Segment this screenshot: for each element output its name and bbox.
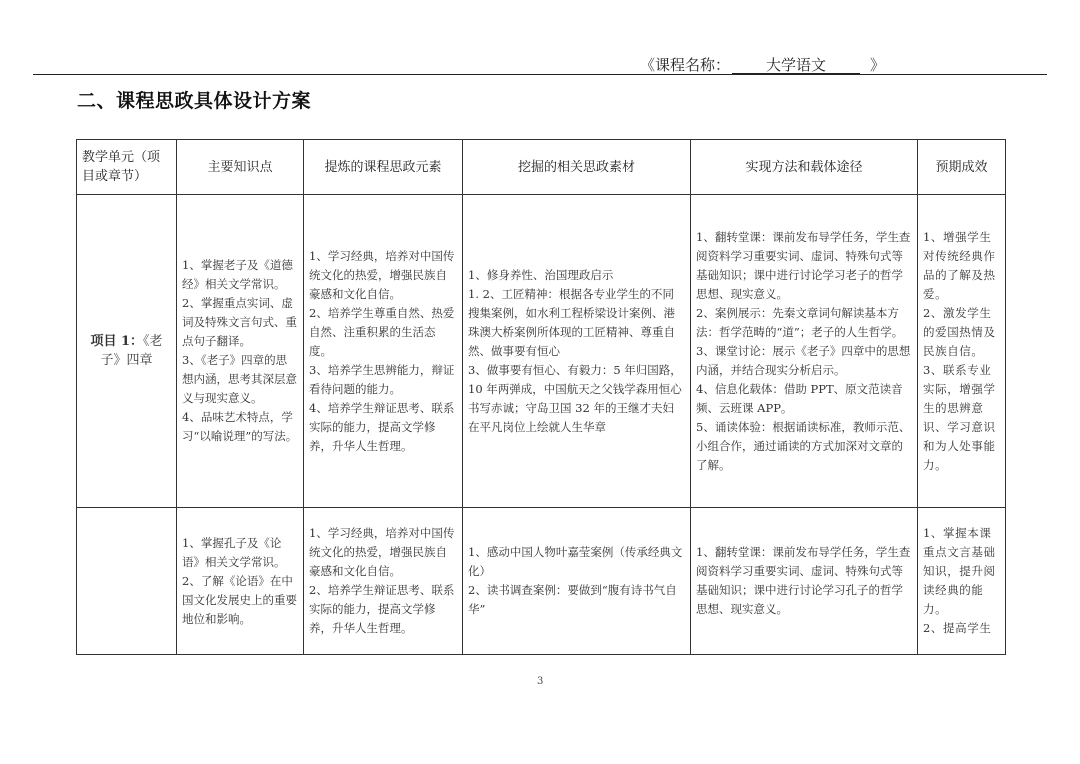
knowledge-item: 2、了解《论语》在中国文化发展史上的重要地位和影响。	[182, 572, 298, 629]
course-name-value: 大学语文	[732, 57, 860, 74]
unit-prefix: 项目 1：	[90, 334, 143, 349]
section-title: 二、课程思政具体设计方案	[77, 86, 311, 113]
method-item: 2、案例展示：先秦文章词句解读基本方法：哲学范畴的“道”；老子的人生哲学。	[696, 304, 912, 342]
course-name-label: 《课程名称：	[640, 56, 730, 74]
unit-cell: 项目 1：《老子》四章	[77, 195, 177, 508]
knowledge-item: 1、掌握孔子及《论语》相关文学常识。	[182, 534, 298, 572]
element-item: 4、培养学生辩证思考、联系实际的能力，提高文学修养，升华人生哲理。	[309, 399, 457, 456]
outcome-item: 1、掌握本课重点文言基础知识，提升阅读经典的能力。	[923, 524, 1000, 619]
method-item: 3、课堂讨论：展示《老子》四章中的思想内涵，并结合现实分析启示。	[696, 342, 912, 380]
outcomes-cell: 1、掌握本课重点文言基础知识，提升阅读经典的能力。 2、提高学生	[918, 508, 1006, 655]
header-expected-outcomes: 预期成效	[918, 140, 1006, 195]
header-divider	[33, 74, 1047, 75]
knowledge-cell: 1、掌握孔子及《论语》相关文学常识。 2、了解《论语》在中国文化发展史上的重要地…	[177, 508, 304, 655]
knowledge-item: 1、掌握老子及《道德经》相关文学常识。	[182, 256, 298, 294]
element-item: 3、培养学生思辨能力，辩证看待问题的能力。	[309, 361, 457, 399]
outcome-item: 3、联系专业实际，增强学生的思辨意识、学习意识和为人处事能力。	[923, 361, 1000, 475]
material-item: 1、感动中国人物叶嘉莹案例（传承经典文化）	[468, 543, 685, 581]
knowledge-item: 3、《老子》四章的思想内涵，思考其深层意义与现实意义。	[182, 351, 298, 408]
material-item: 1. 2、工匠精神：根据各专业学生的不同搜集案例，如水利工程桥梁设计案例、港珠澳…	[468, 285, 685, 361]
unit-cell	[77, 508, 177, 655]
header-methods: 实现方法和载体途径	[691, 140, 918, 195]
header-ideological-elements: 提炼的课程思政元素	[304, 140, 463, 195]
material-item: 2、读书调查案例：要做到“腹有诗书气自华”	[468, 581, 685, 619]
outcome-item: 1、增强学生对传统经典作品的了解及热爱。	[923, 228, 1000, 304]
element-item: 1、学习经典，培养对中国传统文化的热爱，增强民族自豪感和文化自信。	[309, 247, 457, 304]
methods-cell: 1、翻转堂课：课前发布导学任务，学生查阅资料学习重要实词、虚词、特殊句式等基础知…	[691, 508, 918, 655]
course-name-header: 《课程名称：大学语文》	[640, 54, 885, 75]
table-row: 项目 1：《老子》四章 1、掌握老子及《道德经》相关文学常识。 2、掌握重点实词…	[77, 195, 1006, 508]
knowledge-cell: 1、掌握老子及《道德经》相关文学常识。 2、掌握重点实词、虚词及特殊文言句式、重…	[177, 195, 304, 508]
header-materials: 挖掘的相关思政素材	[463, 140, 691, 195]
method-item: 1、翻转堂课：课前发布导学任务，学生查阅资料学习重要实词、虚词、特殊句式等基础知…	[696, 543, 912, 619]
table-row: 1、掌握孔子及《论语》相关文学常识。 2、了解《论语》在中国文化发展史上的重要地…	[77, 508, 1006, 655]
outcome-item: 2、提高学生	[923, 619, 1000, 638]
element-item: 2、培养学生辩证思考、联系实际的能力，提高文学修养，升华人生哲理。	[309, 581, 457, 638]
method-item: 5、诵读体验：根据诵读标准，教师示范、小组合作，通过诵读的方式加深对文章的了解。	[696, 418, 912, 475]
outcomes-cell: 1、增强学生对传统经典作品的了解及热爱。 2、激发学生的爱国热情及民族自信。 3…	[918, 195, 1006, 508]
element-item: 2、培养学生尊重自然、热爱自然、注重积累的生活态度。	[309, 304, 457, 361]
knowledge-item: 4、品味艺术特点，学习“以喻说理”的写法。	[182, 408, 298, 446]
methods-cell: 1、翻转堂课：课前发布导学任务，学生查阅资料学习重要实词、虚词、特殊句式等基础知…	[691, 195, 918, 508]
header-knowledge-points: 主要知识点	[177, 140, 304, 195]
material-item: 1、修身养性、治国理政启示	[468, 266, 685, 285]
elements-cell: 1、学习经典，培养对中国传统文化的热爱，增强民族自豪感和文化自信。 2、培养学生…	[304, 195, 463, 508]
element-item: 1、学习经典，培养对中国传统文化的热爱，增强民族自豪感和文化自信。	[309, 524, 457, 581]
elements-cell: 1、学习经典，培养对中国传统文化的热爱，增强民族自豪感和文化自信。 2、培养学生…	[304, 508, 463, 655]
table-header-row: 教学单元（项目或章节） 主要知识点 提炼的课程思政元素 挖掘的相关思政素材 实现…	[77, 140, 1006, 195]
header-teaching-unit: 教学单元（项目或章节）	[77, 140, 177, 195]
page-number: 3	[537, 676, 543, 687]
course-name-close: 》	[870, 56, 885, 74]
design-plan-table: 教学单元（项目或章节） 主要知识点 提炼的课程思政元素 挖掘的相关思政素材 实现…	[76, 139, 1006, 655]
material-item: 3、做事要有恒心、有毅力：5 年归国路，10 年两弹成，中国航天之父钱学森用恒心…	[468, 361, 685, 437]
materials-cell: 1、修身养性、治国理政启示 1. 2、工匠精神：根据各专业学生的不同搜集案例，如…	[463, 195, 691, 508]
method-item: 1、翻转堂课：课前发布导学任务，学生查阅资料学习重要实词、虚词、特殊句式等基础知…	[696, 228, 912, 304]
knowledge-item: 2、掌握重点实词、虚词及特殊文言句式、重点句子翻译。	[182, 294, 298, 351]
method-item: 4、信息化载体：借助 PPT、原文范读音频、云班课 APP。	[696, 380, 912, 418]
materials-cell: 1、感动中国人物叶嘉莹案例（传承经典文化） 2、读书调查案例：要做到“腹有诗书气…	[463, 508, 691, 655]
outcome-item: 2、激发学生的爱国热情及民族自信。	[923, 304, 1000, 361]
